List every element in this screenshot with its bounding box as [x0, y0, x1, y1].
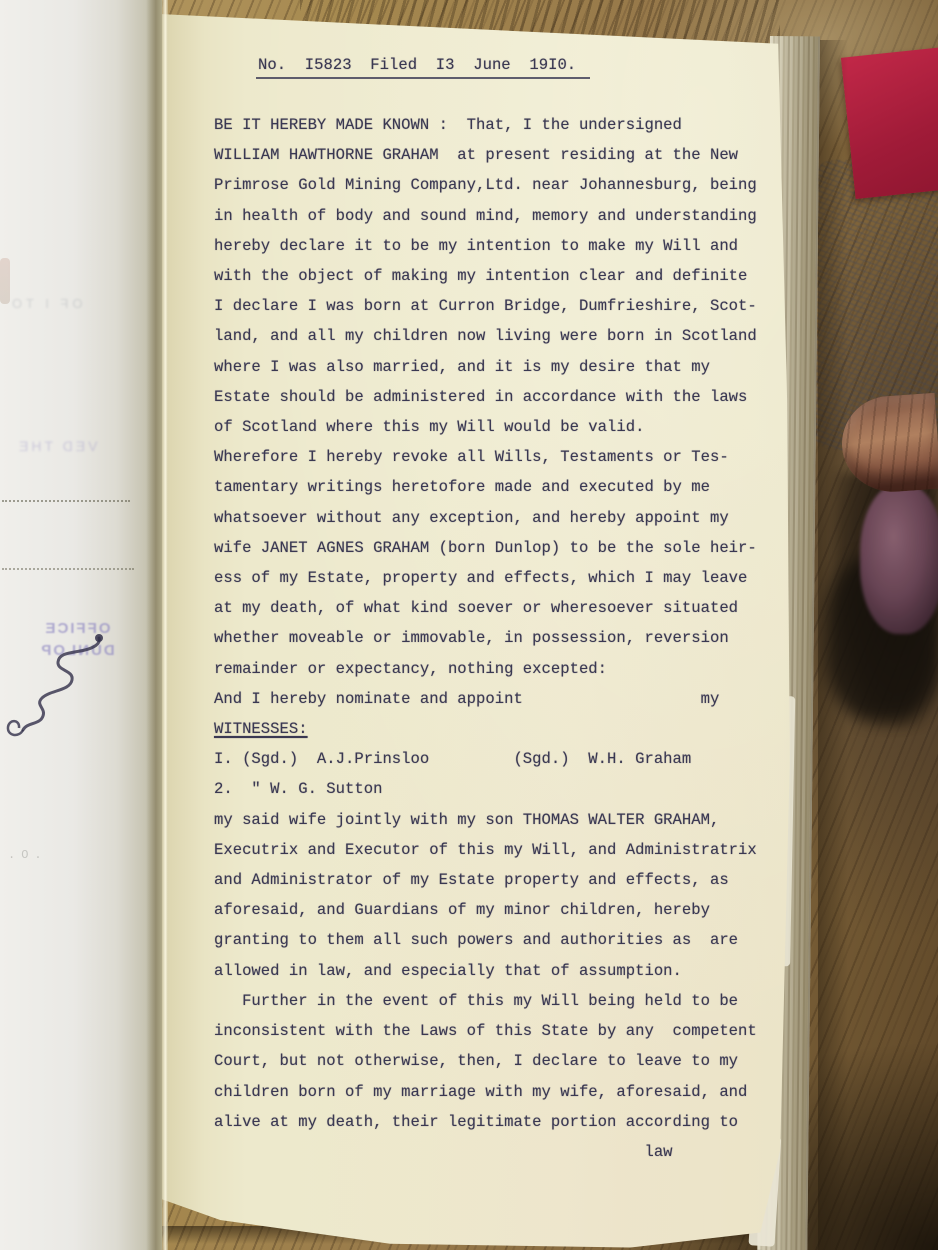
- typed-line: remainder or expectancy, nothing excepte…: [214, 654, 814, 684]
- dotted-line: [2, 500, 130, 502]
- typed-line: my said wife jointly with my son THOMAS …: [214, 805, 814, 835]
- typed-line: Estate should be administered in accorda…: [214, 382, 814, 412]
- typed-line: law: [214, 1137, 814, 1167]
- dotted-line: [2, 568, 134, 570]
- knuckle: [860, 484, 938, 634]
- typed-line: Primrose Gold Mining Company,Ltd. near J…: [214, 170, 814, 200]
- finger: [818, 378, 938, 728]
- typed-line: at my death, of what kind soever or wher…: [214, 593, 814, 623]
- typed-line: WITNESSES:: [214, 714, 814, 744]
- typed-line: inconsistent with the Laws of this State…: [214, 1016, 814, 1046]
- typed-line: whatsoever without any exception, and he…: [214, 503, 814, 533]
- typed-line: with the object of making my intention c…: [214, 261, 814, 291]
- typed-line: of Scotland where this my Will would be …: [214, 412, 814, 442]
- bleed-through-text: VED THE: [16, 438, 97, 454]
- typed-line: hereby declare it to be my intention to …: [214, 231, 814, 261]
- typed-line: granting to them all such powers and aut…: [214, 925, 814, 955]
- typed-line: And I hereby nominate and appoint my: [214, 684, 814, 714]
- bleed-through-text: OF I TO: [8, 296, 82, 311]
- typed-line: Executrix and Executor of this my Will, …: [214, 835, 814, 865]
- typed-line: in health of body and sound mind, memory…: [214, 201, 814, 231]
- typed-line: ess of my Estate, property and effects, …: [214, 563, 814, 593]
- typed-line: whether moveable or immovable, in posses…: [214, 623, 814, 653]
- typed-line: wife JANET AGNES GRAHAM (born Dunlop) to…: [214, 533, 814, 563]
- document-page: No. I5823 Filed I3 June 19I0. BE IT HERE…: [150, 0, 838, 1250]
- typed-line: and Administrator of my Estate property …: [214, 865, 814, 895]
- typed-line: alive at my death, their legitimate port…: [214, 1107, 814, 1137]
- filing-header: No. I5823 Filed I3 June 19I0.: [256, 56, 590, 79]
- typed-line: land, and all my children now living wer…: [214, 321, 814, 351]
- typed-line: where I was also married, and it is my d…: [214, 352, 814, 382]
- typed-line: Further in the event of this my Will bei…: [214, 986, 814, 1016]
- faint-mark: .O.: [8, 848, 48, 862]
- typed-line: 2. " W. G. Sutton: [214, 774, 814, 804]
- typed-line: children born of my marriage with my wif…: [214, 1077, 814, 1107]
- book-gutter-shadow: [146, 0, 168, 1250]
- red-bookmark-card: [841, 47, 938, 199]
- typed-line: BE IT HEREBY MADE KNOWN : That, I the un…: [214, 110, 814, 140]
- typed-lines: BE IT HEREBY MADE KNOWN : That, I the un…: [214, 110, 814, 1167]
- typed-line: aforesaid, and Guardians of my minor chi…: [214, 895, 814, 925]
- typed-line: I declare I was born at Curron Bridge, D…: [214, 291, 814, 321]
- ink-flourish: [2, 628, 117, 743]
- typed-line: I. (Sgd.) A.J.Prinsloo (Sgd.) W.H. Graha…: [214, 744, 814, 774]
- typed-line: Wherefore I hereby revoke all Wills, Tes…: [214, 442, 814, 472]
- typed-line: tamentary writings heretofore made and e…: [214, 472, 814, 502]
- typed-line: Court, but not otherwise, then, I declar…: [214, 1046, 814, 1076]
- typed-line: allowed in law, and especially that of a…: [214, 956, 814, 986]
- typed-line: WILLIAM HAWTHORNE GRAHAM at present resi…: [214, 140, 814, 170]
- facing-page: OF I TO VED THE OFFICE DUNLOP .O.: [0, 0, 162, 1250]
